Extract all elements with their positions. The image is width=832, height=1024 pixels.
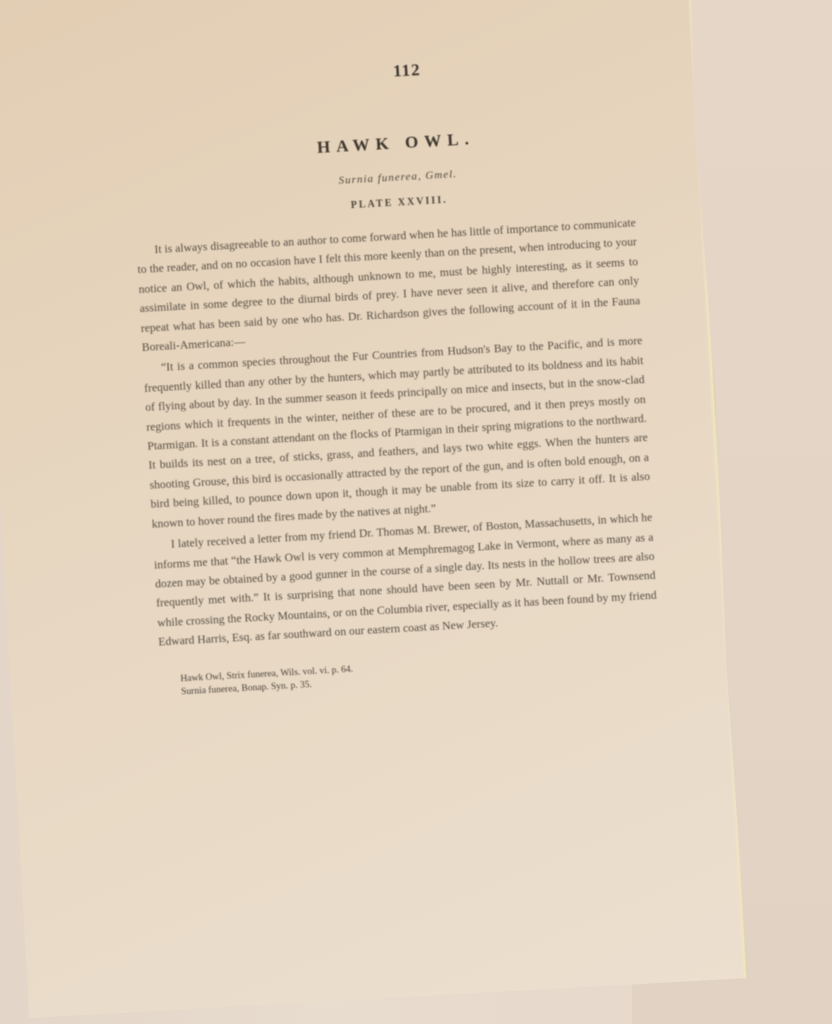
- body-text: It is always disagreeable to an author t…: [136, 213, 658, 652]
- references: Hawk Owl, Strix funerea, Wils. vol. vi. …: [180, 646, 661, 699]
- page-number: 112: [187, 49, 627, 94]
- page-content: 112 HAWK OWL. Surnia funerea, Gmel. PLAT…: [127, 49, 661, 700]
- page-title: HAWK OWL.: [161, 120, 631, 166]
- paragraph: “It is a common species throughout the F…: [143, 332, 652, 534]
- book-page: 112 HAWK OWL. Surnia funerea, Gmel. PLAT…: [0, 0, 748, 1018]
